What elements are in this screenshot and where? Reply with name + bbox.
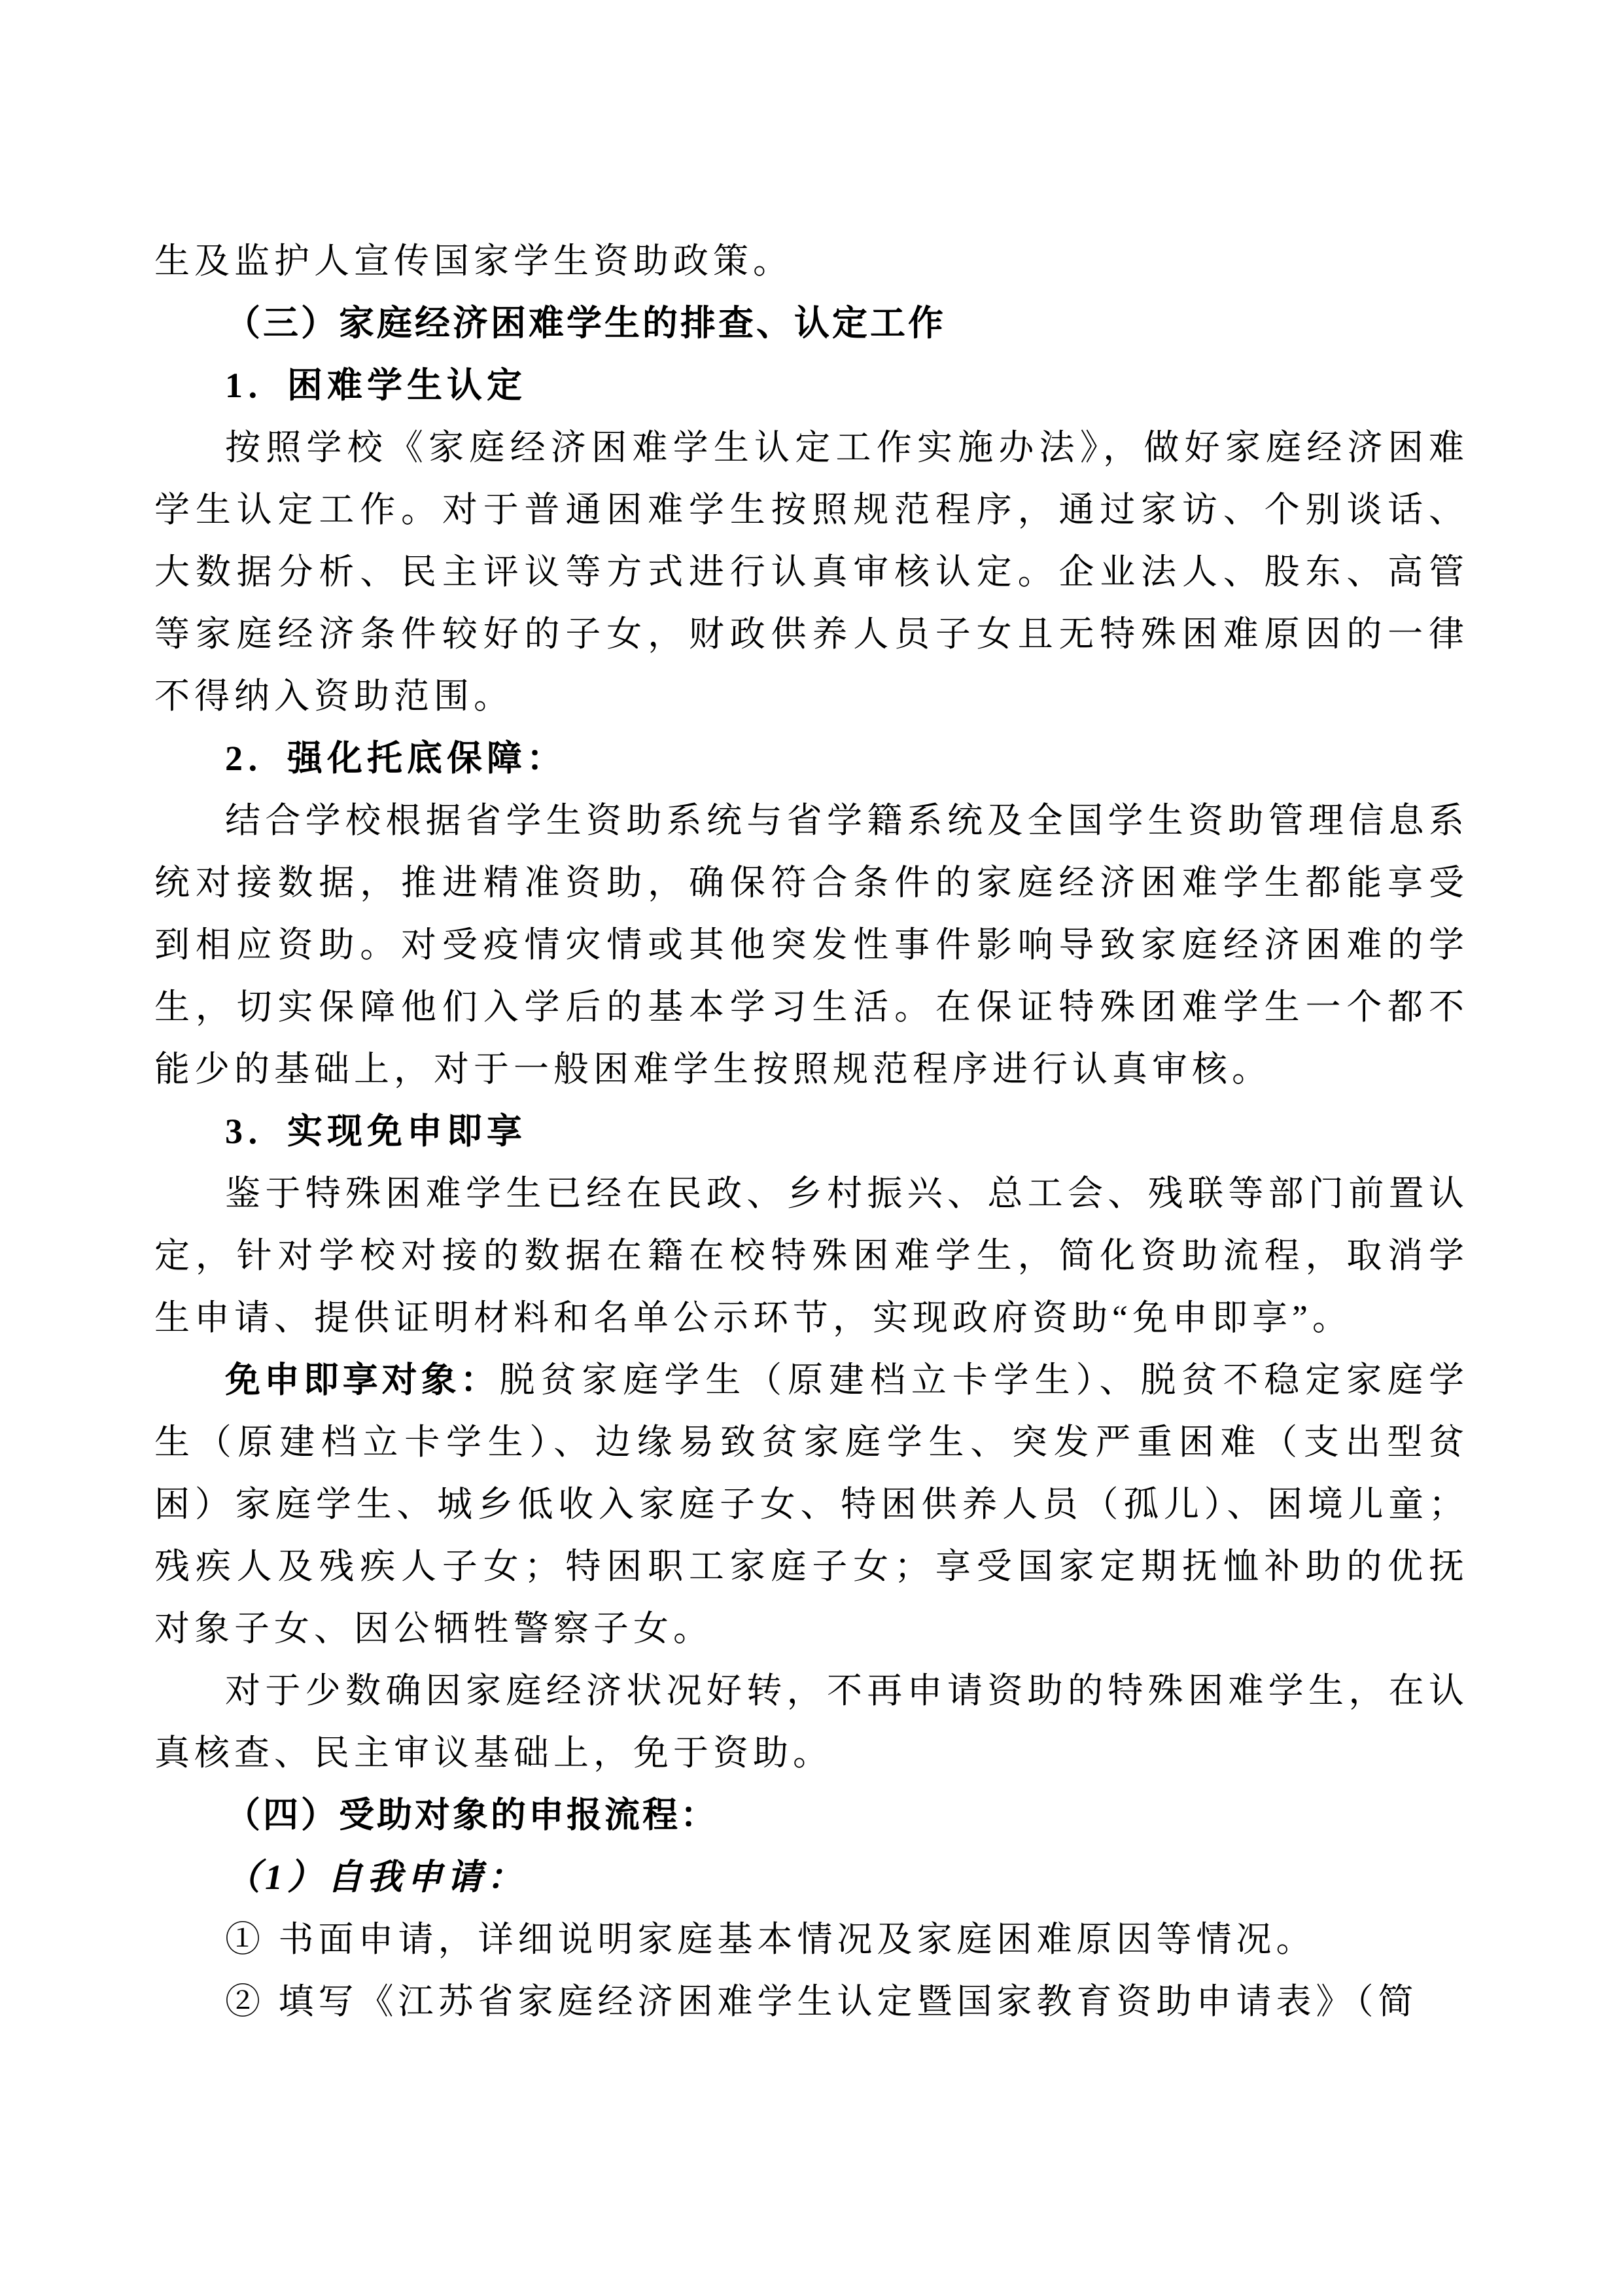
section-3-heading: （三）家庭经济困难学生的排查、认定工作 xyxy=(154,292,1469,355)
subsection-1-heading: 1．困难学生认定 xyxy=(154,355,1469,417)
eligible-targets-list-text: 脱贫家庭学生（原建档立卡学生）、脱贫不稳定家庭学生（原建档立卡学生）、边缘易致贫… xyxy=(154,1360,1469,1648)
section-4-heading: （四）受助对象的申报流程： xyxy=(154,1784,1469,1846)
paragraph-intro-continuation: 生及监护人宣传国家学生资助政策。 xyxy=(154,230,1469,292)
list-item-written-application: ① 书面申请，详细说明家庭基本情况及家庭困难原因等情况。 xyxy=(154,1909,1469,1971)
paragraph-eligible-targets: 免申即享对象：脱贫家庭学生（原建档立卡学生）、脱贫不稳定家庭学生（原建档立卡学生… xyxy=(154,1349,1469,1660)
document-page: 生及监护人宣传国家学生资助政策。 （三）家庭经济困难学生的排查、认定工作 1．困… xyxy=(0,0,1623,2296)
paragraph-safety-net-guarantee: 结合学校根据省学生资助系统与省学籍系统及全国学生资助管理信息系统对接数据，推进精… xyxy=(154,790,1469,1101)
list-item-fill-form: ② 填写《江苏省家庭经济困难学生认定暨国家教育资助申请表》（简 xyxy=(154,1971,1469,2033)
subsection-2-heading: 2．强化托底保障： xyxy=(154,728,1469,790)
subsection-3-heading: 3．实现免申即享 xyxy=(154,1101,1469,1163)
paragraph-no-application-enjoyment: 鉴于特殊困难学生已经在民政、乡村振兴、总工会、残联等部门前置认定，针对学校对接的… xyxy=(154,1163,1469,1349)
eligible-targets-lead-label: 免申即享对象： xyxy=(225,1360,500,1400)
subsection-self-application-heading: （1）自我申请： xyxy=(154,1846,1469,1909)
paragraph-improved-condition-exemption: 对于少数确因家庭经济状况好转，不再申请资助的特殊困难学生，在认真核查、民主审议基… xyxy=(154,1660,1469,1784)
paragraph-student-identification: 按照学校《家庭经济困难学生认定工作实施办法》，做好家庭经济困难学生认定工作。对于… xyxy=(154,417,1469,728)
